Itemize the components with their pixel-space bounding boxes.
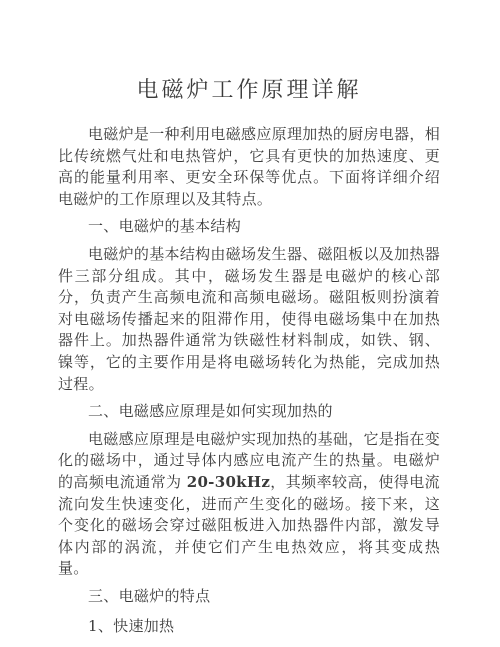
induction-principle-paragraph: 电磁感应原理是电磁炉实现加热的基础，它是指在变化的磁场中，通过导体内感应电流产生… <box>58 429 440 580</box>
section-heading-induction-principle: 二、电磁感应原理是如何实现加热的 <box>58 401 440 423</box>
document-title: 电磁炉工作原理详解 <box>58 76 440 106</box>
frequency-value: 20-30kHz <box>187 473 270 491</box>
basic-structure-paragraph: 电磁炉的基本结构由磁场发生器、磁阻板以及加热器件三部分组成。其中，磁场发生器是电… <box>58 244 440 395</box>
document-page: 电磁炉工作原理详解 电磁炉是一种利用电磁感应原理加热的厨房电器，相比传统燃气灶和… <box>0 0 500 647</box>
intro-paragraph: 电磁炉是一种利用电磁感应原理加热的厨房电器，相比传统燃气灶和电热管炉，它具有更快… <box>58 124 440 210</box>
feature-item-fast-heating: 1、快速加热 <box>58 616 440 638</box>
section-heading-features: 三、电磁炉的特点 <box>58 586 440 608</box>
section-heading-basic-structure: 一、电磁炉的基本结构 <box>58 216 440 238</box>
